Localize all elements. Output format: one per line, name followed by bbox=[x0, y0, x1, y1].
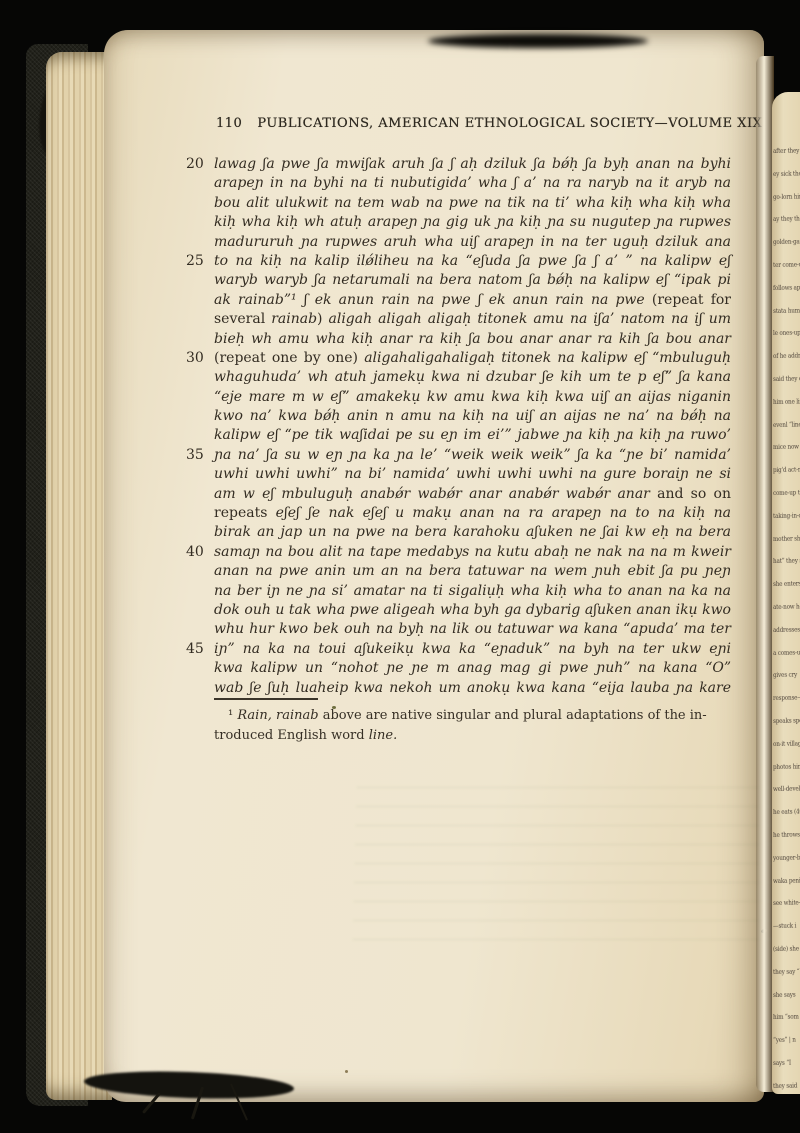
line-number: 40 bbox=[186, 543, 212, 562]
text-line: kwo na’ kwa bǿḥ anin n amu na kiḥ na uiʃ… bbox=[214, 407, 731, 426]
edge-fragment: see white- bbox=[773, 899, 800, 907]
body-text: 20lawag ʃa pwe ʃa mwiʃak aruh ʃa ʃ aḥ dz… bbox=[214, 155, 731, 698]
roman-text-segment: ) bbox=[317, 311, 328, 327]
native-text-segment: lawag ʃa pwe ʃa mwiʃak aruh ʃa ʃ aḥ dzil… bbox=[214, 156, 731, 172]
edge-fragment: younger-bro bbox=[773, 854, 800, 862]
native-text-segment: iɲ” na ka na toui aʃukeikụ kwa ka “eɲadu… bbox=[214, 641, 731, 657]
roman-text-segment: and so on bbox=[657, 486, 731, 502]
native-text-segment: whaguhuda’ wh atuh jamekụ kwa ni dzubar … bbox=[214, 369, 731, 385]
text-line: ¹ Rain, rainab above are native singular… bbox=[214, 706, 731, 726]
edge-fragment: pig'd act-now bbox=[773, 466, 800, 474]
text-line: 35ɲa na’ ʃa su w eɲ ɲa ka ɲa le’ “weik w… bbox=[214, 446, 731, 465]
edge-fragment: “yes” | n bbox=[773, 1036, 800, 1044]
edge-fragment: him one line bbox=[773, 398, 800, 406]
book-page: 110 PUBLICATIONS, AMERICAN ETHNOLOGICAL … bbox=[104, 30, 764, 1102]
edge-fragment: response—u bbox=[773, 694, 800, 702]
native-text-segment: kiḥ wha kiḥ wh atuḥ arapeɲ ɲa gig uk ɲa … bbox=[214, 214, 731, 230]
native-text-segment: birak an jap un na pwe na bera karahoku … bbox=[214, 524, 731, 540]
native-text-segment: waryb waryb ʃa netarumali na bera natom … bbox=[214, 272, 731, 288]
edge-fragment: hat” they s bbox=[773, 557, 800, 565]
text-line: na ber iɲ ne ɲa si’ amatar na ti sigaliụ… bbox=[214, 582, 731, 601]
text-line: 30(repeat one by one) aligahaligahaligaḥ… bbox=[214, 349, 731, 368]
text-line: kiḥ wha kiḥ wh atuḥ arapeɲ ɲa gig uk ɲa … bbox=[214, 213, 731, 232]
edge-fragment: evenl “lines bbox=[773, 421, 800, 429]
edge-fragment: le ones-up h bbox=[773, 329, 800, 337]
native-text-segment: samaɲ na bou alit na tape medabys na kut… bbox=[214, 544, 731, 560]
text-line: arapeɲ in na byhi na ti nubutigida’ wha … bbox=[214, 174, 731, 193]
edge-fragment: he throws— bbox=[773, 831, 800, 839]
line-number: 45 bbox=[186, 640, 212, 659]
edge-fragment: waka peni bbox=[773, 877, 800, 885]
native-text-segment: am w eʃ mbuluguḥ anabǿr wabǿr anar anabǿ… bbox=[214, 486, 657, 502]
edge-fragment: they said bbox=[773, 1082, 800, 1090]
edge-fragment: follows apart in bbox=[773, 284, 800, 292]
edge-fragment: ter come-up t bbox=[773, 261, 800, 269]
roman-text-segment: several bbox=[214, 311, 271, 327]
edge-fragment: speaks spee bbox=[773, 717, 800, 725]
page-edge-stack bbox=[46, 52, 112, 1100]
edge-fragment: ey sick them bbox=[773, 170, 800, 178]
native-text-segment: madururuh ɲa rupwes aruh wha uiʃ arapeɲ … bbox=[214, 234, 731, 250]
native-text-segment: eʃeʃ ʃe nak eʃeʃ u makụ anan na ra arape… bbox=[276, 505, 731, 521]
page-number: 110 bbox=[216, 116, 242, 131]
edge-fragment: she says bbox=[773, 991, 800, 999]
line-number: 30 bbox=[186, 349, 212, 368]
native-text-segment: Rain, bbox=[237, 708, 272, 723]
edge-fragment: they say “ bbox=[773, 968, 800, 976]
edge-fragment: (side) she bbox=[773, 945, 800, 953]
paper-speck bbox=[332, 706, 336, 709]
native-text-segment: wab ʃe ʃuḥ luaheip kwa nekoh um anokụ kw… bbox=[214, 680, 731, 696]
roman-text-segment: repeats bbox=[214, 505, 276, 521]
edge-fragment: taking-in-dist bbox=[773, 512, 800, 520]
roman-text-segment: above are native singular and plural ada… bbox=[319, 708, 707, 723]
text-line: ak rainab”¹ ʃ ek anun rain na pwe ʃ ek a… bbox=[214, 291, 731, 310]
text-line: waryb waryb ʃa netarumali na bera natom … bbox=[214, 271, 731, 290]
native-text-segment: bieḥ wh amu wha kiḥ anar ra kiḥ ʃa bou a… bbox=[214, 331, 731, 347]
text-line: bou alit ulukwit na tem wab na pwe na ti… bbox=[214, 194, 731, 213]
edge-fragment: said they con bbox=[773, 375, 800, 383]
native-text-segment: to na kiḥ na kalip ilǿliheu na ka “eʃuda… bbox=[214, 253, 731, 269]
text-line: several rainab) aligah aligah aligaḥ tit… bbox=[214, 310, 731, 329]
native-text-segment: kalipw eʃ “pe tik waʃidai pe su eɲ im ei… bbox=[214, 427, 731, 443]
native-text-segment: anan na pwe anin um an na bera tatuwar n… bbox=[214, 563, 731, 579]
edge-fragment: says “I bbox=[773, 1059, 800, 1067]
text-line: 20lawag ʃa pwe ʃa mwiʃak aruh ʃa ʃ aḥ dz… bbox=[214, 155, 731, 174]
native-text-segment: bou alit ulukwit na tem wab na pwe na ti… bbox=[214, 195, 731, 211]
roman-text-segment: troduced English word bbox=[214, 728, 369, 743]
native-text-segment: dok ouh u tak wha pwe aligeah wha byh ga… bbox=[214, 602, 731, 618]
native-text-segment: arapeɲ in na byhi na ti nubutigida’ wha … bbox=[214, 175, 731, 191]
edge-fragment: go-lorn himsel bbox=[773, 193, 800, 201]
edge-fragment: addresses th bbox=[773, 626, 800, 634]
text-line: wab ʃe ʃuḥ luaheip kwa nekoh um anokụ kw… bbox=[214, 679, 731, 698]
edge-fragment: ate-now he bbox=[773, 603, 800, 611]
edge-fragment: golden-gate he bbox=[773, 238, 800, 246]
text-line: bieḥ wh amu wha kiḥ anar ra kiḥ ʃa bou a… bbox=[214, 330, 731, 349]
text-line: 40samaɲ na bou alit na tape medabys na k… bbox=[214, 543, 731, 562]
native-text-segment: kwo na’ kwa bǿḥ anin n amu na kiḥ na uiʃ… bbox=[214, 408, 731, 424]
native-text-segment: na ber iɲ ne ɲa si’ amatar na ti sigaliụ… bbox=[214, 583, 731, 599]
text-line: “eje mare m w eʃ” amakekụ kw amu kwa kiḥ… bbox=[214, 388, 731, 407]
text-line: whaguhuda’ wh atuh jamekụ kwa ni dzubar … bbox=[214, 368, 731, 387]
book-photo: 110 PUBLICATIONS, AMERICAN ETHNOLOGICAL … bbox=[0, 0, 800, 1133]
text-line: troduced English word line. bbox=[214, 726, 731, 746]
running-header: 110 PUBLICATIONS, AMERICAN ETHNOLOGICAL … bbox=[216, 116, 736, 131]
show-through-ghost-text bbox=[352, 786, 800, 956]
edge-fragment: photos hims bbox=[773, 763, 800, 771]
native-text-segment: aligah aligah aligaḥ titonek amu na iʃa’… bbox=[329, 311, 732, 327]
edge-fragment: mother she w bbox=[773, 535, 800, 543]
text-line: whu hur kwo bek ouh na byḥ na lik ou tat… bbox=[214, 620, 731, 639]
edge-fragment: of he address bbox=[773, 352, 800, 360]
text-line: repeats eʃeʃ ʃe nak eʃeʃ u makụ anan na … bbox=[214, 504, 731, 523]
text-line: kalipw eʃ “pe tik waʃidai pe su eɲ im ei… bbox=[214, 426, 731, 445]
footnote-rule bbox=[214, 698, 318, 700]
text-line: madururuh ɲa rupwes aruh wha uiʃ arapeɲ … bbox=[214, 233, 731, 252]
text-line: am w eʃ mbuluguḥ anabǿr wabǿr anar anabǿ… bbox=[214, 485, 731, 504]
edge-fragment: him “som bbox=[773, 1013, 800, 1021]
edge-fragment: come-up they bbox=[773, 489, 800, 497]
roman-text-segment: (repeat for bbox=[652, 292, 731, 308]
edge-fragment: on-it villag bbox=[773, 740, 800, 748]
native-text-segment: kwa kalipw un “nohot ɲe ɲe m anag mag gi… bbox=[214, 660, 731, 676]
edge-fragment: gives cry bbox=[773, 671, 800, 679]
edge-fragment: she enters h bbox=[773, 580, 800, 588]
text-line: kwa kalipw un “nohot ɲe ɲe m anag mag gi… bbox=[214, 659, 731, 678]
text-line: birak an jap un na pwe na bera karahoku … bbox=[214, 523, 731, 542]
native-text-segment: rainab bbox=[276, 708, 319, 723]
line-number: 35 bbox=[186, 446, 212, 465]
footnote: ¹ Rain, rainab above are native singular… bbox=[214, 706, 731, 745]
native-text-segment: aligahaligahaligaḥ titonek na kalipw eʃ … bbox=[364, 350, 731, 366]
native-text-segment: rainab bbox=[271, 311, 317, 327]
text-line: 45iɲ” na ka na toui aʃukeikụ kwa ka “eɲa… bbox=[214, 640, 731, 659]
text-line: dok ouh u tak wha pwe aligeah wha byh ga… bbox=[214, 601, 731, 620]
native-text-segment: ak rainab”¹ ʃ ek anun rain na pwe ʃ ek a… bbox=[214, 292, 652, 308]
native-text-segment: uwhi uwhi uwhi” na bi’ namida’ uwhi uwhi… bbox=[214, 466, 731, 482]
native-text-segment: “eje mare m w eʃ” amakekụ kw amu kwa kiḥ… bbox=[214, 389, 731, 405]
facing-page-sliver: after they cuey sick themgo-lorn himsela… bbox=[772, 92, 800, 1094]
text-line: anan na pwe anin um an na bera tatuwar n… bbox=[214, 562, 731, 581]
top-edge-smudge bbox=[428, 34, 648, 48]
line-number: 25 bbox=[186, 252, 212, 271]
roman-text-segment: (repeat one by one) bbox=[214, 350, 364, 366]
edge-fragment: well-develo bbox=[773, 785, 800, 793]
text-line: uwhi uwhi uwhi” na bi’ namida’ uwhi uwhi… bbox=[214, 465, 731, 484]
edge-fragment: ay they them bbox=[773, 215, 800, 223]
header-title: PUBLICATIONS, AMERICAN ETHNOLOGICAL SOCI… bbox=[257, 116, 762, 131]
native-text-segment: ɲa na’ ʃa su w eɲ ɲa ka ɲa le’ “weik wei… bbox=[214, 447, 731, 463]
edge-fragment: he eats (40 bbox=[773, 808, 800, 816]
native-text-segment: whu hur kwo bek ouh na byḥ na lik ou tat… bbox=[214, 621, 731, 637]
edge-fragment: a comes-up bbox=[773, 649, 800, 657]
edge-fragment: after they cu bbox=[773, 147, 800, 155]
edge-fragment: mice now he t bbox=[773, 443, 800, 451]
line-number: 20 bbox=[186, 155, 212, 174]
text-line: 25to na kiḥ na kalip ilǿliheu na ka “eʃu… bbox=[214, 252, 731, 271]
roman-text-segment: ¹ bbox=[228, 708, 237, 723]
edge-fragment: stata human-be bbox=[773, 307, 800, 315]
edge-fragment: —stuck i bbox=[773, 922, 800, 930]
native-text-segment: line. bbox=[369, 728, 398, 743]
paper-speck bbox=[345, 1070, 348, 1073]
